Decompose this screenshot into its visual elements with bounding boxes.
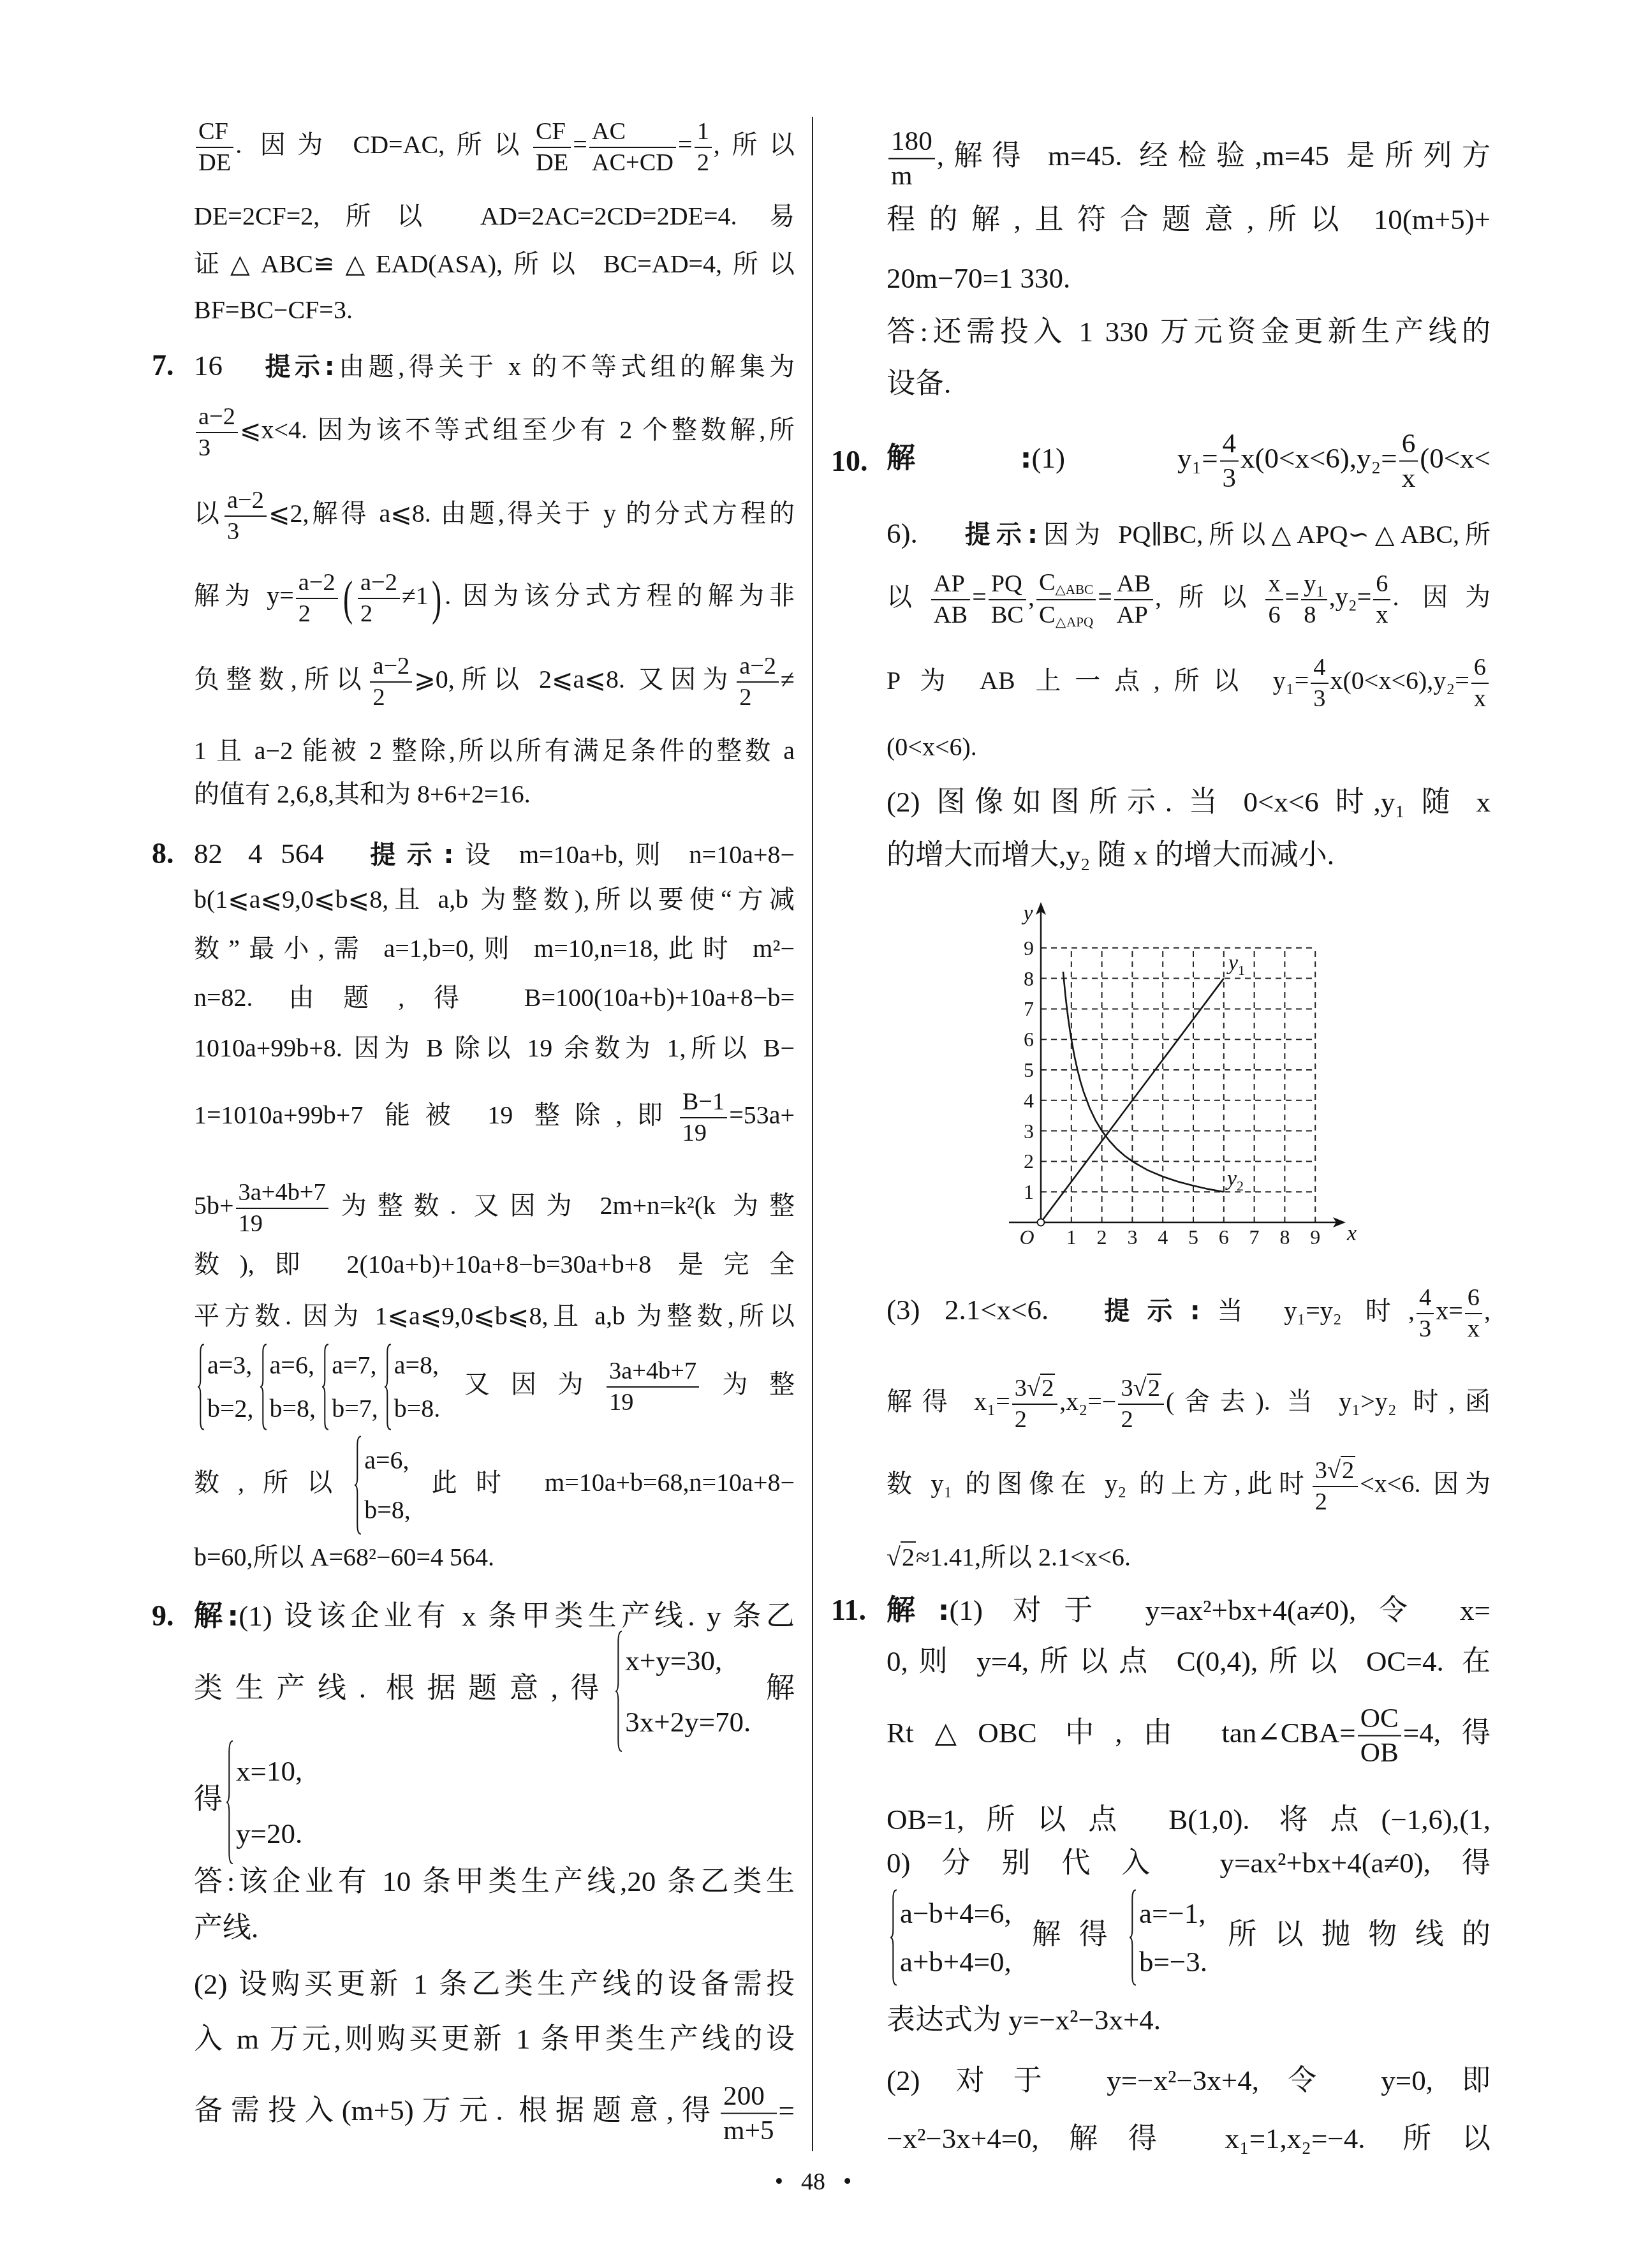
equation-system: a=8,b=8. — [383, 1344, 441, 1430]
left-brace-icon — [614, 1630, 623, 1753]
equation-row: b=8. — [394, 1387, 441, 1430]
function-graph: 1 2 3 4 5 6 7 8 9 1 2 3 4 5 6 7 8 9 O y … — [995, 893, 1371, 1257]
text: (1) 设该企业有 x 条甲类生产线. y 条乙 — [239, 1600, 795, 1632]
numerator: 1 — [695, 118, 712, 148]
y-tick-label: 8 — [1024, 967, 1034, 990]
question-number: 8. — [152, 835, 174, 872]
fraction: a−22 — [296, 569, 338, 628]
answer-line: 平方数. 因为 1⩽a⩽9,0⩽b⩽8,且 a,b 为整数,所以 — [194, 1300, 795, 1332]
question-number: 7. — [152, 347, 174, 384]
fraction: 12 — [695, 118, 712, 177]
text: ,所以 — [714, 130, 795, 159]
numerator: CF — [196, 118, 233, 148]
answer-line: 数 y₁ 的图像在 y₂ 的上方,此时3√22<x<6. 因为 — [887, 1457, 1491, 1516]
numerator: B−1 — [680, 1088, 727, 1118]
text: ⩽x<4. 因为该不等式组至少有 2 个整数解,所 — [240, 415, 795, 444]
question-number: 9. — [152, 1597, 174, 1634]
square-root: √2 — [1133, 1375, 1161, 1402]
y2-curve — [1063, 972, 1224, 1192]
answer-line: 的增大而增大,y₂ 随 x 的增大而减小. — [887, 837, 1491, 873]
text: x= — [1436, 1296, 1463, 1325]
fraction: ABAP — [1114, 570, 1153, 629]
answer-line: 数),即 2(10a+b)+10a+8−b=30a+b+8 是完全 — [194, 1249, 795, 1280]
equation-row: x=10, — [236, 1740, 302, 1802]
x-tick-label: 2 — [1097, 1226, 1107, 1249]
x-tick-label: 3 — [1127, 1226, 1137, 1249]
numerator: a−2 — [358, 569, 400, 599]
equation-row: b=−3. — [1139, 1938, 1207, 1986]
equation-system: a−b+4=6,a+b+4=0, — [889, 1889, 1012, 1986]
text: = — [1098, 582, 1112, 611]
equation-row: a=6, — [364, 1435, 411, 1485]
answer-value: 82 — [194, 838, 223, 870]
denominator: m+5 — [721, 2114, 777, 2146]
answer-line: (2) 设购买更新 1 条乙类生产线的设备需投 — [194, 1966, 795, 2002]
radicand: 2 — [1147, 1374, 1161, 1402]
y-tick-label: 5 — [1024, 1058, 1034, 1081]
answer-line: OB=1,所以点 B(1,0). 将点(−1,6),(1, — [887, 1802, 1491, 1837]
left-brace-icon — [259, 1344, 268, 1430]
denominator: AP — [1114, 600, 1153, 629]
left-brace-icon — [321, 1344, 330, 1430]
text: 以 — [887, 582, 929, 611]
fraction: a−23 — [225, 487, 267, 545]
y-tick-labels: 1 2 3 4 5 6 7 8 9 — [1024, 937, 1034, 1203]
text: 6). — [887, 517, 918, 549]
answer-line: 证△ABC≌△EAD(ASA),所以 BC=AD=4,所以 — [194, 248, 795, 280]
answer-line: 0,则 y=4,所以点 C(0,4),所以 OC=4. 在 — [887, 1643, 1491, 1679]
answer-line: 解得 x₁=3√22,x₂=−3√22(舍去). 当 y₁>y₂ 时,函 — [887, 1375, 1491, 1434]
page-number-mark: • — [843, 2168, 851, 2195]
text: 负整数,所以 — [194, 665, 368, 693]
denominator: m — [888, 159, 935, 191]
answer-line: Rt△OBC 中,由 tan∠CBA=OCOB=4,得 — [887, 1703, 1491, 1769]
hint-label: 提示: — [261, 352, 335, 382]
solution-label: 解: — [887, 441, 1032, 475]
numerator: a−2 — [225, 487, 267, 517]
text: = — [573, 130, 587, 159]
question-number: 10. — [831, 443, 868, 480]
left-brace-icon — [889, 1889, 898, 1986]
x-axis-label: x — [1346, 1222, 1357, 1245]
denominator: 19 — [680, 1118, 727, 1147]
text: ,解得 m=45. 经检验,m=45 是所列方 — [937, 140, 1491, 172]
numerator: a−2 — [370, 653, 412, 683]
fraction: OCOB — [1358, 1703, 1401, 1769]
square-root: √2 — [1027, 1375, 1055, 1402]
denominator: 2 — [296, 599, 338, 628]
radical-sign: √ — [887, 1543, 901, 1571]
text: (舍去). 当 y₁>y₂ 时,函 — [1166, 1387, 1491, 1416]
denominator: x — [1465, 1314, 1482, 1343]
x-tick-label: 5 — [1188, 1226, 1198, 1249]
numerator: 4 — [1311, 654, 1328, 684]
fraction: a−22 — [370, 653, 412, 711]
answer-line: 答:还需投入 1 330 万元资金更新生产线的 — [887, 314, 1491, 350]
answer-line: 得x=10,y=20. — [194, 1740, 795, 1865]
y-tick-label: 9 — [1024, 937, 1034, 960]
answer-line: CFDE. 因为 CD=AC,所以CFDE=ACAC+CD=12,所以 — [194, 118, 795, 177]
equation-row: a−b+4=6, — [900, 1889, 1012, 1938]
text: (0<x< — [1420, 442, 1491, 474]
fraction: C△ABCC△APQ — [1036, 569, 1096, 630]
denominator: 2 — [695, 148, 712, 177]
text: x(0<x<6),y₂= — [1240, 442, 1397, 474]
x-tick-label: 6 — [1219, 1226, 1229, 1249]
y-axis-label: y — [1021, 901, 1033, 925]
text: P 为 AB 上一点,所以 y₁= — [887, 666, 1309, 695]
y-tick-label: 1 — [1024, 1180, 1034, 1203]
fraction: 43 — [1417, 1284, 1434, 1343]
text: C — [1039, 602, 1056, 628]
denominator: 3 — [1311, 684, 1328, 713]
fraction: 43 — [1220, 429, 1239, 494]
text: (1) 对于 y=ax²+bx+4(a≠0),令 x= — [950, 1594, 1491, 1626]
solution-label: 解: — [887, 1593, 950, 1627]
numerator: 6 — [1373, 570, 1390, 600]
radicand: 2 — [901, 1541, 916, 1571]
denominator: 3 — [1220, 462, 1239, 494]
numerator: a−2 — [296, 569, 338, 599]
text: 所以抛物线的 — [1210, 1918, 1491, 1950]
equation-row: a=7, — [332, 1344, 378, 1387]
text: =4,得 — [1403, 1717, 1491, 1749]
x-tick-labels: 1 2 3 4 5 6 7 8 9 — [1066, 1226, 1320, 1249]
numerator: 180 — [888, 126, 935, 159]
text: 解为 y= — [194, 581, 294, 610]
fraction: CFDE — [533, 118, 571, 177]
answer-line: 6).提示:因为 PQ∥BC,所以△APQ∽△ABC,所 — [887, 515, 1491, 551]
text: ⩽2,解得 a⩽8. 由题,得关于 y 的分式方程的 — [269, 499, 795, 528]
equation-row: a=8, — [394, 1344, 441, 1387]
y2-series-label: y2 — [1225, 1167, 1244, 1194]
y-tick-label: 2 — [1024, 1150, 1034, 1173]
solution-label: 解: — [194, 1599, 239, 1633]
answer-line: 的值有 2,6,8,其和为 8+6+2=16. — [194, 778, 795, 810]
answer-line: 答:该企业有 10 条甲类生产线,20 条乙类生 — [194, 1864, 795, 1899]
fraction: x6 — [1265, 570, 1283, 629]
denominator: 6 — [1265, 600, 1283, 629]
x-tick-label: 8 — [1279, 1226, 1290, 1249]
question-7-header: 7.16提示:由题,得关于 x 的不等式组的解集为 — [194, 348, 795, 383]
fraction: 3a+4b+719 — [236, 1179, 328, 1238]
square-root: √2 — [1327, 1457, 1355, 1485]
answer-line: 0)分别代入 y=ax²+bx+4(a≠0),得 — [887, 1845, 1491, 1881]
answer-line: 数”最小,需 a=1,b=0,则 m=10,n=18,此时 m²− — [194, 933, 795, 965]
fraction: 3√22 — [1012, 1375, 1057, 1434]
answer-line: DE=2CF=2,所以 AD=2AC=2CD=2DE=4. 易 — [194, 200, 795, 232]
origin-label: O — [1019, 1226, 1034, 1249]
fraction: a−23 — [196, 403, 238, 462]
answer-line: 备需投入(m+5)万元. 根据题意,得200m+5= — [194, 2081, 795, 2147]
x-tick-label: 4 — [1158, 1226, 1168, 1249]
equation-system: a=6,b=8, — [353, 1435, 411, 1535]
fraction: 200m+5 — [721, 2081, 777, 2147]
text: 1=1010a+99b+7 能被 19 整除,即 — [194, 1101, 678, 1129]
answer-line: (3) 2.1<x<6.提示:当 y₁=y₂ 时,43x=6x, — [887, 1284, 1491, 1343]
answer-line: (2) 对于 y=−x²−3x+4,令 y=0,即 — [887, 2063, 1491, 2098]
left-brace-icon — [225, 1740, 234, 1865]
text: 5b+ — [194, 1191, 234, 1220]
answer-line: 1=1010a+99b+7 能被 19 整除,即B−119=53a+ — [194, 1088, 795, 1147]
left-paren: ( — [343, 574, 353, 623]
equation-row: b=8, — [270, 1387, 316, 1430]
text: 数 y₁ 的图像在 y₂ 的上方,此时 — [887, 1469, 1311, 1498]
text: x(0<x<6),y₂= — [1330, 666, 1469, 695]
coefficient: 3 — [1121, 1375, 1133, 1402]
equation-system: a=3,b=2, — [196, 1344, 254, 1430]
numerator: CF — [533, 118, 571, 148]
numerator: AC — [589, 118, 676, 148]
fraction: PQBC — [989, 570, 1026, 629]
fraction: 6x — [1471, 654, 1489, 713]
denominator: 2 — [737, 683, 779, 711]
question-10-header: 10.解:(1) y₁=43x(0<x<6),y₂=6x(0<x< — [887, 429, 1491, 494]
text: , — [1028, 582, 1034, 611]
text: (1) y₁= — [1032, 442, 1218, 474]
text: = — [972, 582, 987, 611]
numerator: PQ — [989, 570, 1026, 600]
question-number: 11. — [831, 1592, 866, 1629]
origin-point — [1038, 1219, 1045, 1226]
answer-line: a−23⩽x<4. 因为该不等式组至少有 2 个整数解,所 — [194, 403, 795, 462]
question-8-header: 8.824 564提示:设 m=10a+b,则 n=10a+8− — [194, 836, 795, 871]
denominator: 2 — [370, 683, 412, 711]
equation-system: a=7,b=7, — [321, 1344, 378, 1430]
equation-row: b=8, — [364, 1485, 411, 1535]
subscript: △ABC — [1056, 582, 1094, 597]
equation-system: a=−1,b=−3. — [1128, 1889, 1207, 1986]
numerator: 3a+4b+7 — [236, 1179, 328, 1209]
coefficient: 3 — [1315, 1457, 1327, 1484]
text: 类生产线. 根据题意,得 — [194, 1672, 612, 1704]
text: = — [779, 2094, 795, 2126]
denominator: OB — [1358, 1737, 1401, 1768]
text: 备需投入(m+5)万元. 根据题意,得 — [194, 2094, 719, 2126]
fraction: B−119 — [680, 1088, 727, 1147]
text: . 因为该分式方程的解为非 — [445, 581, 795, 610]
text: 数,所以 — [194, 1468, 351, 1497]
radical-sign: √ — [1327, 1457, 1341, 1484]
answer-line: √2≈1.41,所以 2.1<x<6. — [887, 1541, 1491, 1573]
answer-value: 16 — [194, 350, 223, 382]
answer-line: a−b+4=6,a+b+4=0,解得a=−1,b=−3.所以抛物线的 — [887, 1889, 1491, 1986]
fraction: 180m — [888, 126, 935, 192]
numerator: OC — [1358, 1703, 1401, 1737]
left-brace-icon — [353, 1435, 362, 1535]
page-number: •48• — [766, 2168, 861, 2196]
column-divider — [812, 117, 813, 2151]
page-number-value: 48 — [801, 2168, 825, 2195]
fraction: 43 — [1311, 654, 1328, 713]
denominator: 3 — [1417, 1314, 1434, 1343]
denominator: 19 — [607, 1388, 699, 1416]
equation-row: x+y=30, — [625, 1630, 751, 1691]
numerator: 4 — [1220, 429, 1239, 462]
denominator: 2 — [358, 599, 400, 628]
numerator: a−2 — [196, 403, 238, 433]
numerator: 3a+4b+7 — [607, 1358, 699, 1388]
answer-line: 180m,解得 m=45. 经检验,m=45 是所列方 — [887, 126, 1491, 192]
left-brace-icon — [1128, 1889, 1137, 1986]
text: <x<6. 因为 — [1360, 1469, 1491, 1498]
answer-line: b=60,所以 A=68²−60=4 564. — [194, 1541, 795, 1573]
numerator: y₁ — [1301, 570, 1327, 600]
radicand: 2 — [1040, 1374, 1055, 1402]
equation-row: b=7, — [332, 1387, 378, 1430]
fraction: 3√22 — [1118, 1375, 1163, 1434]
x-tick-label: 7 — [1249, 1226, 1260, 1249]
answer-line: −x²−3x+4=0,解得 x₁=1,x₂=−4. 所以 — [887, 2121, 1491, 2156]
fraction: 6x — [1399, 429, 1418, 494]
text: ⩾0,所以 2⩽a⩽8. 又因为 — [414, 665, 735, 693]
question-11-header: 11.解:(1) 对于 y=ax²+bx+4(a≠0),令 x= — [887, 1592, 1491, 1628]
right-paren: ) — [432, 574, 441, 623]
fraction: 3√22 — [1313, 1457, 1358, 1516]
y1-series-label: y1 — [1226, 951, 1245, 978]
numerator: 3√2 — [1313, 1457, 1358, 1487]
left-brace-icon — [383, 1344, 392, 1430]
answer-line: b(1⩽a⩽9,0⩽b⩽8,且 a,b 为整数),所以要使“方减 — [194, 884, 795, 915]
text: 又因为 — [443, 1370, 605, 1398]
numerator: a−2 — [737, 653, 779, 683]
answer-line: 表达式为 y=−x²−3x+4. — [887, 2002, 1491, 2038]
answer-line: 1010a+99b+8. 因为 B 除以 19 余数为 1,所以 B− — [194, 1032, 795, 1064]
text: ≠1 — [402, 581, 429, 610]
answer-value: 4 564 — [248, 838, 324, 870]
hint-label: 提示: — [959, 520, 1038, 549]
question-9-header: 9.解:(1) 设该企业有 x 条甲类生产线. y 条乙 — [194, 1598, 795, 1634]
fraction: CFDE — [196, 118, 233, 177]
numerator: 4 — [1417, 1284, 1434, 1314]
answer-line: 负整数,所以a−22⩾0,所以 2⩽a⩽8. 又因为a−22≠ — [194, 653, 795, 711]
text: 当 y₁=y₂ 时, — [1200, 1296, 1415, 1325]
denominator: 19 — [236, 1209, 328, 1238]
denominator: 2 — [1012, 1405, 1057, 1434]
denominator: C△APQ — [1036, 600, 1096, 630]
numerator: 6 — [1471, 654, 1489, 684]
fraction: ACAC+CD — [589, 118, 676, 177]
fraction: y₁8 — [1301, 570, 1327, 629]
fraction: 6x — [1465, 1284, 1482, 1343]
square-root: √2 — [887, 1541, 916, 1573]
numerator: 6 — [1399, 429, 1418, 462]
equation-row: y=20. — [236, 1802, 302, 1865]
answer-line: 1 且 a−2 能被 2 整除,所以所有满足条件的整数 a — [194, 735, 795, 767]
equation-row: a=6, — [270, 1344, 316, 1387]
text: 为整 — [701, 1370, 795, 1398]
hint-label: 提示: — [1087, 1296, 1200, 1326]
denominator: x — [1373, 600, 1390, 629]
text: ,x₂=− — [1059, 1387, 1116, 1416]
y-tick-label: 3 — [1024, 1120, 1034, 1143]
answer-line: 20m−70=1 330. — [887, 260, 1491, 296]
numerator: C△ABC — [1036, 569, 1096, 600]
numerator: 6 — [1465, 1284, 1482, 1314]
equation-system: a=6,b=8, — [259, 1344, 316, 1430]
text: 以 — [194, 499, 223, 528]
numerator: 200 — [721, 2081, 777, 2114]
text: 此时 m=10a+b=68,n=10a+8− — [413, 1468, 795, 1497]
fraction: 3a+4b+719 — [607, 1358, 699, 1416]
coefficient: 3 — [1015, 1375, 1027, 1402]
fraction: a−22 — [737, 653, 779, 711]
numerator: 3√2 — [1118, 1375, 1163, 1405]
answer-line: 数,所以a=6,b=8,此时 m=10a+b=68,n=10a+8− — [194, 1435, 795, 1535]
radicand: 2 — [1341, 1456, 1355, 1484]
answer-line: 以a−23⩽2,解得 a⩽8. 由题,得关于 y 的分式方程的 — [194, 487, 795, 545]
answer-line: 类生产线. 根据题意,得x+y=30,3x+2y=70.解 — [194, 1630, 795, 1753]
text: = — [1285, 582, 1300, 611]
text: . 因为 CD=AC,所以 — [235, 130, 531, 159]
equation-row: a=3, — [207, 1344, 254, 1387]
denominator: 8 — [1301, 600, 1327, 629]
answer-line: BF=BC−CF=3. — [194, 294, 795, 326]
text: ≈1.41,所以 2.1<x<6. — [916, 1543, 1131, 1571]
answer-line: 入 m 万元,则购买更新 1 条甲类生产线的设 — [194, 2021, 795, 2057]
answer-line: (0<x<6). — [887, 731, 1491, 763]
equation-system: x=10,y=20. — [225, 1740, 302, 1865]
denominator: AC+CD — [589, 148, 676, 177]
answer-line: n=82. 由题,得 B=100(10a+b)+10a+8−b= — [194, 982, 795, 1014]
fraction: APAB — [931, 570, 970, 629]
equation-row: a+b+4=0, — [900, 1938, 1012, 1986]
answer-line: 5b+3a+4b+719为整数. 又因为 2m+n=k²(k 为整 — [194, 1179, 795, 1238]
page-number-mark: • — [775, 2168, 783, 2195]
denominator: DE — [533, 148, 571, 177]
answer-line: 解为 y=a−22(a−22≠1). 因为该分式方程的解为非 — [194, 569, 795, 628]
numerator: AB — [1114, 570, 1153, 600]
text: 设 m=10a+b,则 n=10a+8− — [453, 840, 795, 869]
text: 解 — [753, 1672, 795, 1704]
answer-line: 程的解,且符合题意,所以 10(m+5)+ — [887, 202, 1491, 237]
denominator: BC — [989, 600, 1026, 629]
numerator: 3√2 — [1012, 1375, 1057, 1405]
text: 因为 PQ∥BC,所以△APQ∽△ABC,所 — [1038, 520, 1491, 549]
radical-sign: √ — [1133, 1375, 1147, 1402]
numerator: AP — [931, 570, 970, 600]
left-brace-icon — [196, 1344, 205, 1430]
text: , — [1484, 1296, 1491, 1325]
answer-line: a=3,b=2,a=6,b=8,a=7,b=7,a=8,b=8.又因为3a+4b… — [194, 1344, 795, 1430]
text: ,y₂= — [1329, 582, 1372, 611]
hint-label: 提示: — [359, 840, 454, 870]
text: (3) 2.1<x<6. — [887, 1294, 1049, 1326]
denominator: 3 — [225, 517, 267, 545]
radical-sign: √ — [1027, 1375, 1040, 1402]
text: 解得 x₁= — [887, 1387, 1010, 1416]
y-tick-label: 7 — [1024, 997, 1034, 1020]
subscript: △APQ — [1056, 614, 1094, 630]
denominator: AB — [931, 600, 970, 629]
text: Rt△OBC 中,由 tan∠CBA= — [887, 1717, 1356, 1749]
text: . 因为 — [1392, 582, 1491, 611]
text: = — [678, 130, 693, 159]
text: ≠ — [781, 665, 795, 693]
equation-row: b=2, — [207, 1387, 254, 1430]
x-tick-label: 1 — [1066, 1226, 1077, 1249]
numerator: x — [1265, 570, 1283, 600]
text: ,所以 — [1155, 582, 1263, 611]
text: 得 — [194, 1783, 223, 1815]
text: 解得 — [1014, 1918, 1126, 1950]
denominator: 3 — [196, 433, 238, 462]
denominator: x — [1399, 462, 1418, 494]
answer-line: P 为 AB 上一点,所以 y₁=43x(0<x<6),y₂=6x — [887, 654, 1491, 713]
text: 为整数. 又因为 2m+n=k²(k 为整 — [330, 1191, 795, 1220]
y-tick-label: 6 — [1024, 1028, 1034, 1051]
denominator: 2 — [1313, 1487, 1358, 1516]
